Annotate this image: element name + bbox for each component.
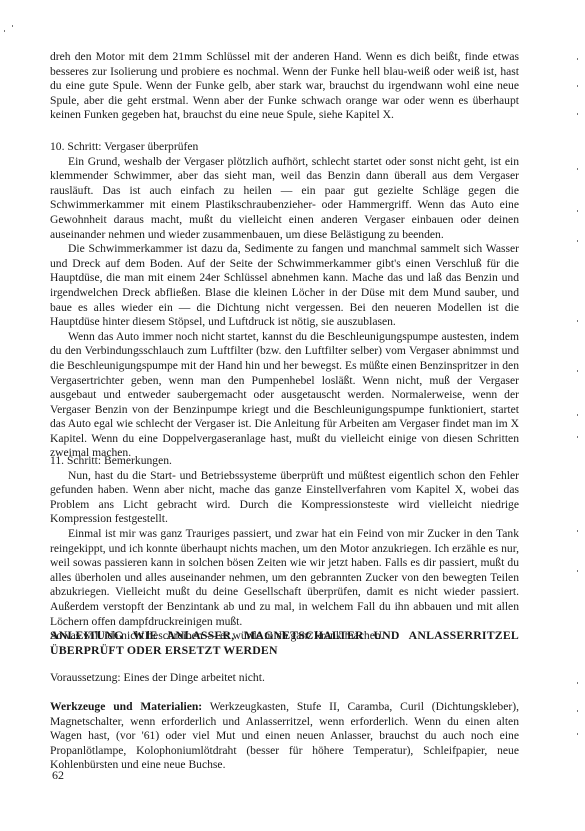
scan-speck bbox=[577, 570, 578, 572]
scan-speck bbox=[577, 682, 578, 684]
scan-speck bbox=[577, 436, 578, 438]
step-10-paragraph-3: Wenn das Auto immer noch nicht startet, … bbox=[50, 330, 519, 461]
tools-label: Werkzeuge und Materialien: bbox=[50, 700, 202, 713]
scan-speck bbox=[577, 414, 578, 416]
scan-speck bbox=[577, 530, 578, 532]
step-11-section: 11. Schritt: Bemerkungen. Nun, hast du d… bbox=[50, 454, 519, 644]
prerequisite-text: Voraussetzung: Eines der Dinge arbeitet … bbox=[50, 671, 519, 686]
scan-speck bbox=[577, 113, 578, 115]
scan-speck bbox=[4, 30, 5, 32]
scan-speck bbox=[577, 370, 578, 372]
tools-block: Werkzeuge und Materialien: Werkzeugkaste… bbox=[50, 700, 519, 773]
page-number: 62 bbox=[52, 768, 64, 783]
intro-paragraph: dreh den Motor mit dem 21mm Schlüssel mi… bbox=[50, 50, 519, 123]
step-11-paragraph-2: Einmal ist mir was ganz Trauriges passie… bbox=[50, 527, 519, 629]
scan-speck bbox=[577, 733, 578, 735]
scan-speck bbox=[577, 168, 578, 170]
document-page: dreh den Motor mit dem 21mm Schlüssel mi… bbox=[0, 0, 585, 831]
scan-speck bbox=[12, 25, 13, 27]
step-10-section: 10. Schritt: Vergaser überprüfen Ein Gru… bbox=[50, 140, 519, 461]
scan-speck bbox=[577, 710, 578, 712]
section-heading: ANLEITUNG WIE ANLASSER, MAGNETSCHALTER U… bbox=[50, 628, 519, 658]
scan-speck bbox=[577, 320, 578, 322]
step-11-title: 11. Schritt: Bemerkungen. bbox=[50, 454, 519, 469]
scan-speck bbox=[577, 210, 578, 212]
section-heading-block: ANLEITUNG WIE ANLASSER, MAGNETSCHALTER U… bbox=[50, 628, 519, 658]
intro-block: dreh den Motor mit dem 21mm Schlüssel mi… bbox=[50, 50, 519, 123]
step-10-paragraph-2: Die Schwimmerkammer ist dazu da, Sedimen… bbox=[50, 242, 519, 330]
scan-speck bbox=[577, 85, 578, 87]
step-10-paragraph-1: Ein Grund, weshalb der Vergaser plötzlic… bbox=[50, 155, 519, 243]
step-10-title: 10. Schritt: Vergaser überprüfen bbox=[50, 140, 519, 155]
step-11-paragraph-1: Nun, hast du die Start- und Betriebssyst… bbox=[50, 469, 519, 527]
tools-paragraph: Werkzeuge und Materialien: Werkzeugkaste… bbox=[50, 700, 519, 773]
scan-speck bbox=[577, 58, 578, 60]
prerequisite-block: Voraussetzung: Eines der Dinge arbeitet … bbox=[50, 671, 519, 686]
scan-speck bbox=[577, 240, 578, 242]
